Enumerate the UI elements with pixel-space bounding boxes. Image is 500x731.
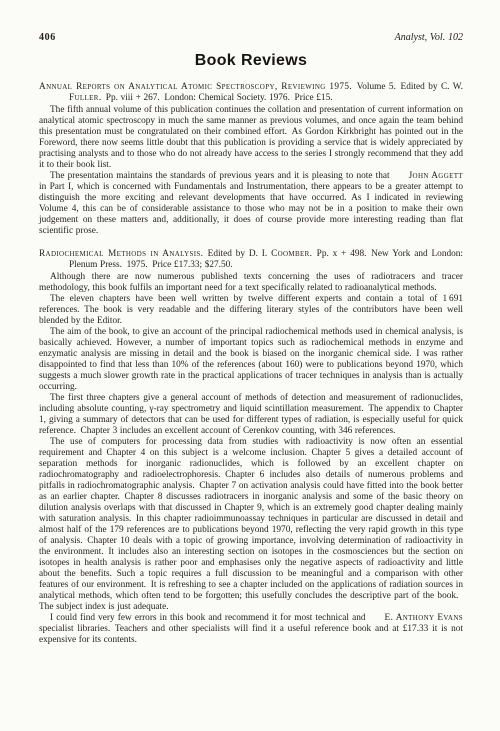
journal-reference: Analyst, Vol. 102 <box>395 32 463 43</box>
review-heading: Annual Reports on Analytical Atomic Spec… <box>39 82 463 104</box>
page-title: Book Reviews <box>39 52 463 70</box>
book-title: Annual Reports on Analytical Atomic Spec… <box>39 82 352 92</box>
review-paragraph: E. Anthony EvansI could find very few er… <box>39 613 463 646</box>
reviewer-signature: John Aggett <box>390 171 463 182</box>
review-paragraph: The use of computers for processing data… <box>39 437 463 613</box>
running-header: 406 Analyst, Vol. 102 <box>39 32 463 43</box>
review-radiochemical-methods: Radiochemical Methods in Analysis. Edite… <box>39 249 463 646</box>
editor-name: Fuller <box>69 93 99 103</box>
review-paragraph: John AggettThe presentation maintains th… <box>39 171 463 237</box>
review-annual-reports: Annual Reports on Analytical Atomic Spec… <box>39 82 463 237</box>
book-details: . Edited by D. I. <box>201 249 271 259</box>
reviewer-signature: E. Anthony Evans <box>366 613 463 624</box>
book-title: Radiochemical Methods in Analysis <box>39 249 201 259</box>
book-details: Volume 5. Edited by C. W. <box>352 82 463 92</box>
page-number: 406 <box>39 32 56 43</box>
review-paragraph: The fifth annual volume of this publicat… <box>39 105 463 171</box>
editor-name: Coomber <box>271 249 310 259</box>
book-details: . Pp. viii + 267. London: Chemical Socie… <box>99 93 333 103</box>
review-paragraph: The first three chapters give a general … <box>39 393 463 437</box>
review-heading: Radiochemical Methods in Analysis. Edite… <box>39 249 463 271</box>
review-paragraph: The eleven chapters have been well writt… <box>39 294 463 327</box>
review-paragraph: Although there are now numerous publishe… <box>39 272 463 294</box>
journal-page: 406 Analyst, Vol. 102 Book Reviews Annua… <box>0 0 500 731</box>
review-paragraph: The aim of the book, to give an account … <box>39 327 463 393</box>
